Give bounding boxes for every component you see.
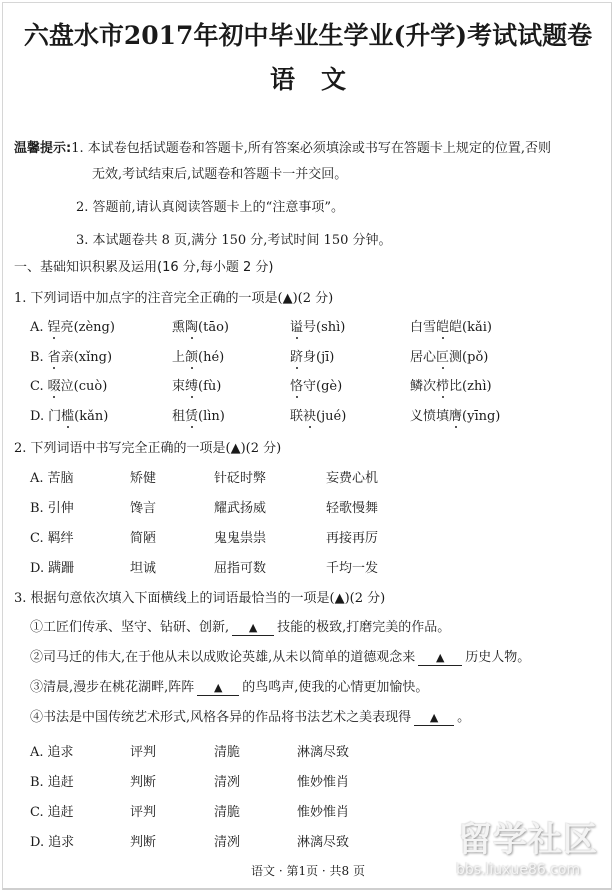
watermark-brand: 留学社区 — [458, 812, 598, 861]
q1-option-item: 鳞次栉比(zhì) — [410, 375, 492, 394]
watermark-url: bbs.liuxue86.com — [456, 862, 580, 878]
watermark-logo: 留学社区 bbs.liuxue86.com — [452, 812, 612, 892]
word-text: 鳞次 — [410, 379, 436, 394]
answer-blank: ▲ — [197, 681, 239, 696]
q1-option-item: 义愤填膺(yīng) — [410, 405, 500, 424]
option-letter: C. — [30, 531, 44, 546]
option-word: 妄费心机 — [326, 471, 378, 486]
pinyin: (jī) — [316, 350, 334, 365]
option-word: 追赶 — [48, 775, 74, 790]
pinyin: (kǎn) — [74, 409, 108, 424]
q1-option-item: 恪守(gè) — [290, 375, 342, 394]
q3-option-item: 淋漓尽致 — [297, 831, 349, 850]
q2-option-item: D.蹒跚 — [30, 557, 74, 576]
q1-option-item: 联袂(jué) — [290, 405, 346, 424]
q3-option-item: A.追求 — [30, 741, 74, 760]
q3-option-item: 评判 — [130, 801, 156, 820]
option-word: 追求 — [48, 835, 74, 850]
word-text: 上 — [172, 350, 185, 365]
q1-option-item: 上颌(hé) — [172, 346, 224, 365]
option-word: 苦脑 — [48, 471, 74, 486]
q1-option-item: C.啜泣(cuò) — [30, 375, 107, 394]
q3-sentence: ②司马迁的伟大,在于他从未以成败论英雄,从未以简单的道德观念来▲历史人物。 — [30, 646, 530, 666]
word-text: 义愤填 — [410, 409, 449, 424]
option-letter: A. — [30, 471, 44, 486]
option-letter: D. — [30, 409, 44, 424]
word-text: 守 — [303, 379, 316, 394]
q3-option-item: 判断 — [130, 831, 156, 850]
sentence-after: 的鸟鸣声,使我的心情更加愉快。 — [242, 680, 428, 695]
q3-option-item: 清脆 — [214, 741, 240, 760]
word-text: 居心 — [410, 350, 436, 365]
answer-blank: ▲ — [418, 651, 462, 666]
option-word: 再接再厉 — [326, 531, 378, 546]
q2-option-item: 千均一发 — [326, 557, 378, 576]
option-word: 评判 — [130, 745, 156, 760]
q2-stem: 2. 下列词语中书写完全正确的一项是(▲)(2 分) — [14, 437, 281, 456]
notice-line-1: 温馨提示:1. 本试卷包括试题卷和答题卡,所有答案必须填涂或书写在答题卡上规定的… — [14, 137, 551, 156]
q3-option-item: 惟妙惟肖 — [297, 801, 349, 820]
option-letter: C. — [30, 379, 44, 394]
q2-option-item: 屈指可数 — [214, 557, 266, 576]
emphasis-dotted-char: 锃 — [48, 316, 61, 335]
option-word: 判断 — [130, 775, 156, 790]
option-word: 耀武扬威 — [214, 501, 266, 516]
sentence-before: ②司马迁的伟大,在于他从未以成败论英雄,从未以简单的道德观念来 — [30, 650, 415, 665]
pinyin: (zhì) — [462, 379, 492, 394]
q2-option-item: 鬼鬼祟祟 — [214, 527, 266, 546]
q2-option-item: 坦诚 — [130, 557, 156, 576]
pinyin: (gè) — [316, 379, 342, 394]
option-word: 屈指可数 — [214, 561, 266, 576]
option-letter: B. — [30, 775, 44, 790]
notice-label: 温馨提示: — [14, 141, 71, 156]
pinyin: (zèng) — [74, 320, 115, 335]
q2-option-item: A.苦脑 — [30, 467, 74, 486]
section-heading: 一、基础知识积累及运用(16 分,每小题 2 分) — [14, 256, 274, 275]
option-word: 淋漓尽致 — [297, 835, 349, 850]
q3-option-item: 清冽 — [214, 771, 240, 790]
pinyin: (pǒ) — [462, 350, 488, 365]
word-text: 身 — [303, 350, 316, 365]
pinyin: (tāo) — [198, 320, 229, 335]
word-text: 亮 — [61, 320, 74, 335]
q1-option-item: 束缚(fù) — [172, 375, 221, 394]
word-text: 号 — [303, 320, 316, 335]
option-word: 矫健 — [130, 471, 156, 486]
q1-option-item: 白雪皑皑(kǎi) — [410, 316, 492, 335]
q3-option-item: 惟妙惟肖 — [297, 771, 349, 790]
pinyin: (fù) — [198, 379, 221, 394]
q3-option-item: D.追求 — [30, 831, 74, 850]
option-word: 羁绊 — [48, 531, 74, 546]
q3-option-item: 评判 — [130, 741, 156, 760]
q2-option-item: 馋言 — [130, 497, 156, 516]
q3-option-item: 清脆 — [214, 801, 240, 820]
q1-option-item: A.锃亮(zèng) — [30, 316, 115, 335]
option-letter: D. — [30, 835, 44, 850]
pinyin: (hé) — [198, 350, 224, 365]
q2-option-item: 针砭时弊 — [214, 467, 266, 486]
option-word: 清脆 — [214, 745, 240, 760]
q2-option-item: B.引伸 — [30, 497, 74, 516]
word-text: 白雪 — [410, 320, 436, 335]
q1-stem: 1. 下列词语中加点字的注音完全正确的一项是(▲)(2 分) — [14, 287, 333, 306]
sentence-after: 技能的极致,打磨完美的作品。 — [277, 620, 450, 635]
q1-option-item: 租赁(lìn) — [172, 405, 225, 424]
q2-option-item: C.羁绊 — [30, 527, 74, 546]
emphasis-dotted-char: 栉 — [436, 375, 449, 394]
option-word: 追赶 — [48, 805, 74, 820]
emphasis-dotted-char: 省 — [48, 346, 61, 365]
q2-option-item: 耀武扬威 — [214, 497, 266, 516]
option-word: 惟妙惟肖 — [297, 775, 349, 790]
option-letter: B. — [30, 350, 44, 365]
option-word: 清冽 — [214, 775, 240, 790]
option-word: 评判 — [130, 805, 156, 820]
option-word: 轻歌慢舞 — [326, 501, 378, 516]
option-word: 判断 — [130, 835, 156, 850]
emphasis-dotted-char: 叵 — [436, 346, 449, 365]
option-letter: B. — [30, 501, 44, 516]
option-letter: C. — [30, 805, 44, 820]
q2-option-item: 矫健 — [130, 467, 156, 486]
q2-option-item: 简陋 — [130, 527, 156, 546]
option-word: 蹒跚 — [48, 561, 74, 576]
word-text: 亲 — [61, 350, 74, 365]
sentence-before: ④书法是中国传统艺术形式,风格各异的作品将书法艺术之美表现得 — [30, 710, 411, 725]
emphasis-dotted-char: 缚 — [185, 375, 198, 394]
option-word: 引伸 — [48, 501, 74, 516]
option-letter: A. — [30, 745, 44, 760]
emphasis-dotted-char: 颌 — [185, 346, 198, 365]
emphasis-dotted-char: 赁 — [185, 405, 198, 424]
q1-option-item: D.门槛(kǎn) — [30, 405, 108, 424]
option-word: 针砭时弊 — [214, 471, 266, 486]
q2-option-item: 再接再厉 — [326, 527, 378, 546]
emphasis-dotted-char: 跻 — [290, 346, 303, 365]
option-word: 淋漓尽致 — [297, 745, 349, 760]
word-text: 租 — [172, 409, 185, 424]
q3-option-item: 淋漓尽致 — [297, 741, 349, 760]
option-letter: A. — [30, 320, 44, 335]
q1-option-item: B.省亲(xǐng) — [30, 346, 112, 365]
emphasis-dotted-char: 膺 — [449, 405, 462, 424]
emphasis-dotted-char: 恪 — [290, 375, 303, 394]
option-word: 千均一发 — [326, 561, 378, 576]
answer-blank: ▲ — [232, 621, 274, 636]
pinyin: (lìn) — [198, 409, 225, 424]
pinyin: (xǐng) — [74, 350, 112, 365]
option-word: 清冽 — [214, 835, 240, 850]
sentence-before: ③清晨,漫步在桃花湖畔,阵阵 — [30, 680, 194, 695]
option-word: 追求 — [48, 745, 74, 760]
pinyin: (yīng) — [462, 409, 500, 424]
notice-line-3: 2. 答题前,请认真阅读答题卡上的“注意事项”。 — [76, 196, 344, 215]
emphasis-dotted-char: 啜 — [48, 375, 61, 394]
emphasis-dotted-char: 皑 — [436, 316, 449, 335]
word-text: 束 — [172, 379, 185, 394]
q2-option-item: 轻歌慢舞 — [326, 497, 378, 516]
q3-sentence: ④书法是中国传统艺术形式,风格各异的作品将书法艺术之美表现得▲。 — [30, 706, 470, 726]
emphasis-dotted-char: 槛 — [61, 405, 74, 424]
q1-option-item: 谥号(shì) — [290, 316, 345, 335]
option-letter: D. — [30, 561, 44, 576]
exam-subject: 语文 — [0, 60, 616, 96]
exam-title: 六盘水市2017年初中毕业生学业(升学)考试试题卷 — [0, 16, 616, 52]
q3-option-item: 判断 — [130, 771, 156, 790]
q3-sentence: ①工匠们传承、坚守、钻研、创新,▲技能的极致,打磨完美的作品。 — [30, 616, 450, 636]
word-text: 比 — [449, 379, 462, 394]
word-text: 熏 — [172, 320, 185, 335]
q2-option-item: 妄费心机 — [326, 467, 378, 486]
pinyin: (shì) — [316, 320, 345, 335]
sentence-after: 。 — [457, 710, 470, 725]
option-word: 馋言 — [130, 501, 156, 516]
notice-line-4: 3. 本试题卷共 8 页,满分 150 分,考试时间 150 分钟。 — [76, 229, 392, 248]
q1-option-item: 跻身(jī) — [290, 346, 334, 365]
option-word: 简陋 — [130, 531, 156, 546]
emphasis-dotted-char: 谥 — [290, 316, 303, 335]
q3-stem: 3. 根据句意依次填入下面横线上的词语最恰当的一项是(▲)(2 分) — [14, 587, 385, 606]
answer-blank: ▲ — [414, 711, 454, 726]
word-text: 皑 — [449, 320, 462, 335]
q3-option-item: C.追赶 — [30, 801, 74, 820]
option-word: 惟妙惟肖 — [297, 805, 349, 820]
notice-line-2: 无效,考试结束后,试题卷和答题卡一并交回。 — [92, 163, 347, 182]
q3-option-item: B.追赶 — [30, 771, 74, 790]
q1-option-item: 居心叵测(pǒ) — [410, 346, 488, 365]
word-text: 门 — [48, 409, 61, 424]
option-word: 清脆 — [214, 805, 240, 820]
q1-option-item: 熏陶(tāo) — [172, 316, 229, 335]
q3-option-item: 清冽 — [214, 831, 240, 850]
pinyin: (jué) — [316, 409, 346, 424]
emphasis-dotted-char: 陶 — [185, 316, 198, 335]
emphasis-dotted-char: 袂 — [303, 405, 316, 424]
q3-sentence: ③清晨,漫步在桃花湖畔,阵阵▲的鸟鸣声,使我的心情更加愉快。 — [30, 676, 428, 696]
option-word: 鬼鬼祟祟 — [214, 531, 266, 546]
word-text: 测 — [449, 350, 462, 365]
word-text: 泣 — [61, 379, 74, 394]
option-word: 坦诚 — [130, 561, 156, 576]
pinyin: (kǎi) — [462, 320, 492, 335]
word-text: 联 — [290, 409, 303, 424]
sentence-before: ①工匠们传承、坚守、钻研、创新, — [30, 620, 229, 635]
pinyin: (cuò) — [74, 379, 108, 394]
sentence-after: 历史人物。 — [465, 650, 530, 665]
